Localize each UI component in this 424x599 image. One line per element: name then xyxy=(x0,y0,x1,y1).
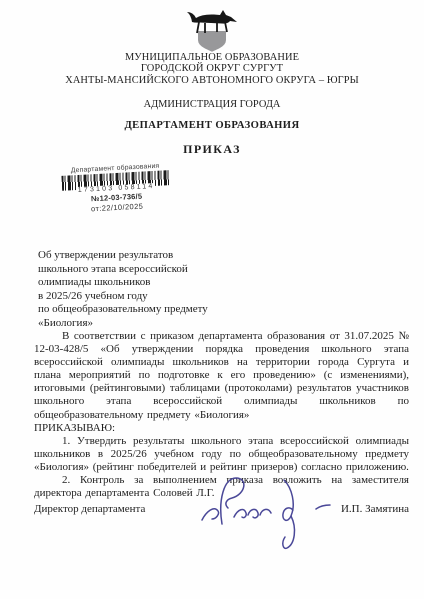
municipality-header: МУНИЦИПАЛЬНОЕ ОБРАЗОВАНИЕ ГОРОДСКОЙ ОКРУ… xyxy=(0,52,424,86)
order-subject: Об утверждении результатов школьного эта… xyxy=(38,249,288,331)
preamble-paragraph: В соответствии с приказом департамента о… xyxy=(34,330,409,422)
order-document-page: МУНИЦИПАЛЬНОЕ ОБРАЗОВАНИЕ ГОРОДСКОЙ ОКРУ… xyxy=(0,0,424,599)
document-type-title: ПРИКАЗ xyxy=(0,142,424,157)
subject-line: Об утверждении результатов xyxy=(38,249,288,263)
shield-shape xyxy=(198,31,226,52)
order-word: ПРИКАЗЫВАЮ: xyxy=(34,422,409,435)
order-item-1: 1. Утвердить результаты школьного этапа … xyxy=(34,435,409,474)
administration-line: АДМИНИСТРАЦИЯ ГОРОДА xyxy=(0,99,424,110)
fox-silhouette xyxy=(187,10,237,24)
subject-line: «Биология» xyxy=(38,317,288,331)
registration-stamp: Департамент образования 173103 058114 №1… xyxy=(58,162,174,215)
signer-position: Директор департамента xyxy=(34,503,145,515)
signature-row: Директор департамента И.П. Замятина xyxy=(34,503,409,515)
subject-line: в 2025/26 учебном году xyxy=(38,290,288,304)
surgut-coat-of-arms-icon xyxy=(184,6,240,53)
order-body: В соответствии с приказом департамента о… xyxy=(34,330,409,500)
subject-line: школьного этапа всероссийской xyxy=(38,263,288,277)
order-item-2: 2. Контроль за выполнением приказа возло… xyxy=(34,474,409,500)
signer-name: И.П. Замятина xyxy=(341,503,409,515)
subject-line: олимпиады школьников xyxy=(38,276,288,290)
department-line: ДЕПАРТАМЕНТ ОБРАЗОВАНИЯ xyxy=(0,120,424,131)
subject-line: по общеобразовательному предмету xyxy=(38,303,288,317)
